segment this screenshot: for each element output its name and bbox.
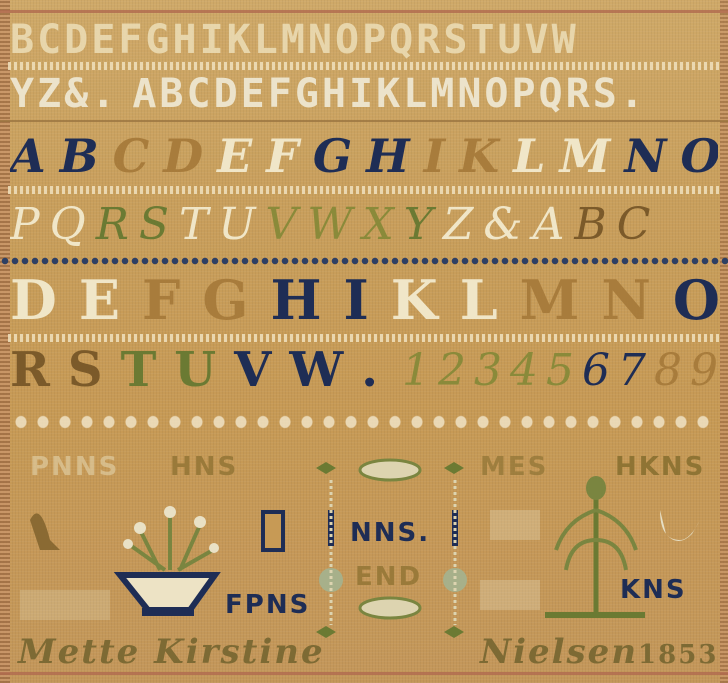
stitched-letter: M xyxy=(559,129,624,183)
stitched-letter: H xyxy=(270,268,343,332)
stitched-letter: G xyxy=(202,268,270,332)
stitched-letter: G xyxy=(313,129,366,183)
framed-square-icon xyxy=(263,512,283,550)
stitched-letter: S xyxy=(68,342,121,398)
divider-1 xyxy=(8,62,720,70)
stitched-letter: U xyxy=(174,342,234,398)
stitched-letter: S xyxy=(139,199,179,250)
center-frame-ornament xyxy=(316,460,467,638)
stitched-letter: F xyxy=(142,268,202,332)
stitched-letter: E xyxy=(79,268,142,332)
stitched-letter: V xyxy=(234,342,289,398)
stitched-letter: 9 xyxy=(690,345,718,396)
flower-basket-icon xyxy=(120,506,219,616)
stitched-letter: 7 xyxy=(618,345,648,396)
stitched-letter: O xyxy=(673,268,718,332)
signature-year: 1853 xyxy=(638,640,718,670)
stitched-letter: H xyxy=(366,129,423,183)
stitched-period: . xyxy=(361,342,396,398)
stitched-letter: O xyxy=(680,129,718,183)
tree-initials: KNS xyxy=(620,575,687,605)
signature-surname-year: Nielsen1853 xyxy=(480,632,718,672)
stitched-letter: R xyxy=(10,342,68,398)
alphabet-row-1: BCDEFGHIKLMNOPQRSTUVW xyxy=(10,18,718,62)
stitched-letter: F xyxy=(266,129,313,183)
stitched-letter: 4 xyxy=(510,345,540,396)
stitched-letter: 6 xyxy=(582,345,612,396)
gothic-alphabet-row-5: DEFGHIKLMNOPQ xyxy=(10,268,718,332)
stitched-letter: I xyxy=(424,129,460,183)
divider-2 xyxy=(0,120,728,122)
script-alphabet-row-4: PQRSTUVWXYZ&ABC xyxy=(10,195,718,253)
center-lower-initials: END xyxy=(355,562,422,592)
sampler-linen: BCDEFGHIKLMNOPQRSTUVW YZ&. ABCDEFGHIKLMN… xyxy=(0,0,728,683)
stitched-letter: 5 xyxy=(546,345,576,396)
stitched-letter: C xyxy=(113,129,164,183)
stitched-letter: 2 xyxy=(438,345,468,396)
stitched-letter: V xyxy=(265,199,307,250)
stitched-letter: E xyxy=(217,129,266,183)
stitched-letter: W xyxy=(307,199,362,250)
stitched-letter: & xyxy=(483,199,532,250)
stitched-letter: R xyxy=(96,199,139,250)
stitched-letter: Y xyxy=(404,199,443,250)
stitched-letter: P xyxy=(10,199,50,250)
bird-icon xyxy=(30,513,60,550)
gothic-alphabet-row-6: RSTUVW.12345678910 xyxy=(10,340,718,400)
stitched-letter: C xyxy=(617,199,661,250)
blue-wave-border xyxy=(0,256,728,266)
stitched-letter: K xyxy=(391,268,460,332)
stitched-letter: K xyxy=(459,129,513,183)
stitched-letter: N xyxy=(601,268,672,332)
stitched-letter: L xyxy=(460,268,520,332)
stitched-letter: 8 xyxy=(654,345,684,396)
stitched-letter: 1 xyxy=(402,345,432,396)
stitched-letter: U xyxy=(218,199,265,250)
stitched-letter: A xyxy=(10,129,60,183)
stitched-letter: B xyxy=(574,199,616,250)
stitched-letter: M xyxy=(520,268,602,332)
stitched-letter: D xyxy=(163,129,217,183)
stitched-letter: T xyxy=(121,342,175,398)
stitched-letter: I xyxy=(344,268,391,332)
basket-initials: FPNS xyxy=(225,590,310,620)
stitched-letter: 3 xyxy=(474,345,504,396)
bottom-border-thread xyxy=(0,672,728,675)
stitched-letter: D xyxy=(10,268,79,332)
stitched-letter: L xyxy=(513,129,559,183)
center-initials: NNS. xyxy=(350,518,430,548)
stitched-letter: W xyxy=(289,342,361,398)
divider-3 xyxy=(8,186,720,194)
signature-surname: Nielsen xyxy=(480,632,638,672)
top-border-thread xyxy=(0,10,728,13)
signature-name: Mette Kirstine xyxy=(18,632,325,672)
stitched-letter: Z xyxy=(443,199,484,250)
alphabet-row-2: YZ&. ABCDEFGHIKLMNOPQRS. xyxy=(10,70,718,118)
stitched-letter: N xyxy=(624,129,680,183)
stitched-letter: Q xyxy=(50,199,96,250)
script-alphabet-row-3: ABCDEFGHIKLMNO xyxy=(10,128,718,184)
bird-right-icon xyxy=(660,510,700,541)
stitched-letter: X xyxy=(362,199,403,250)
stitched-letter: A xyxy=(533,199,575,250)
stitched-letter: T xyxy=(179,199,218,250)
white-wave-border xyxy=(10,410,718,434)
stitched-letter: B xyxy=(60,129,113,183)
